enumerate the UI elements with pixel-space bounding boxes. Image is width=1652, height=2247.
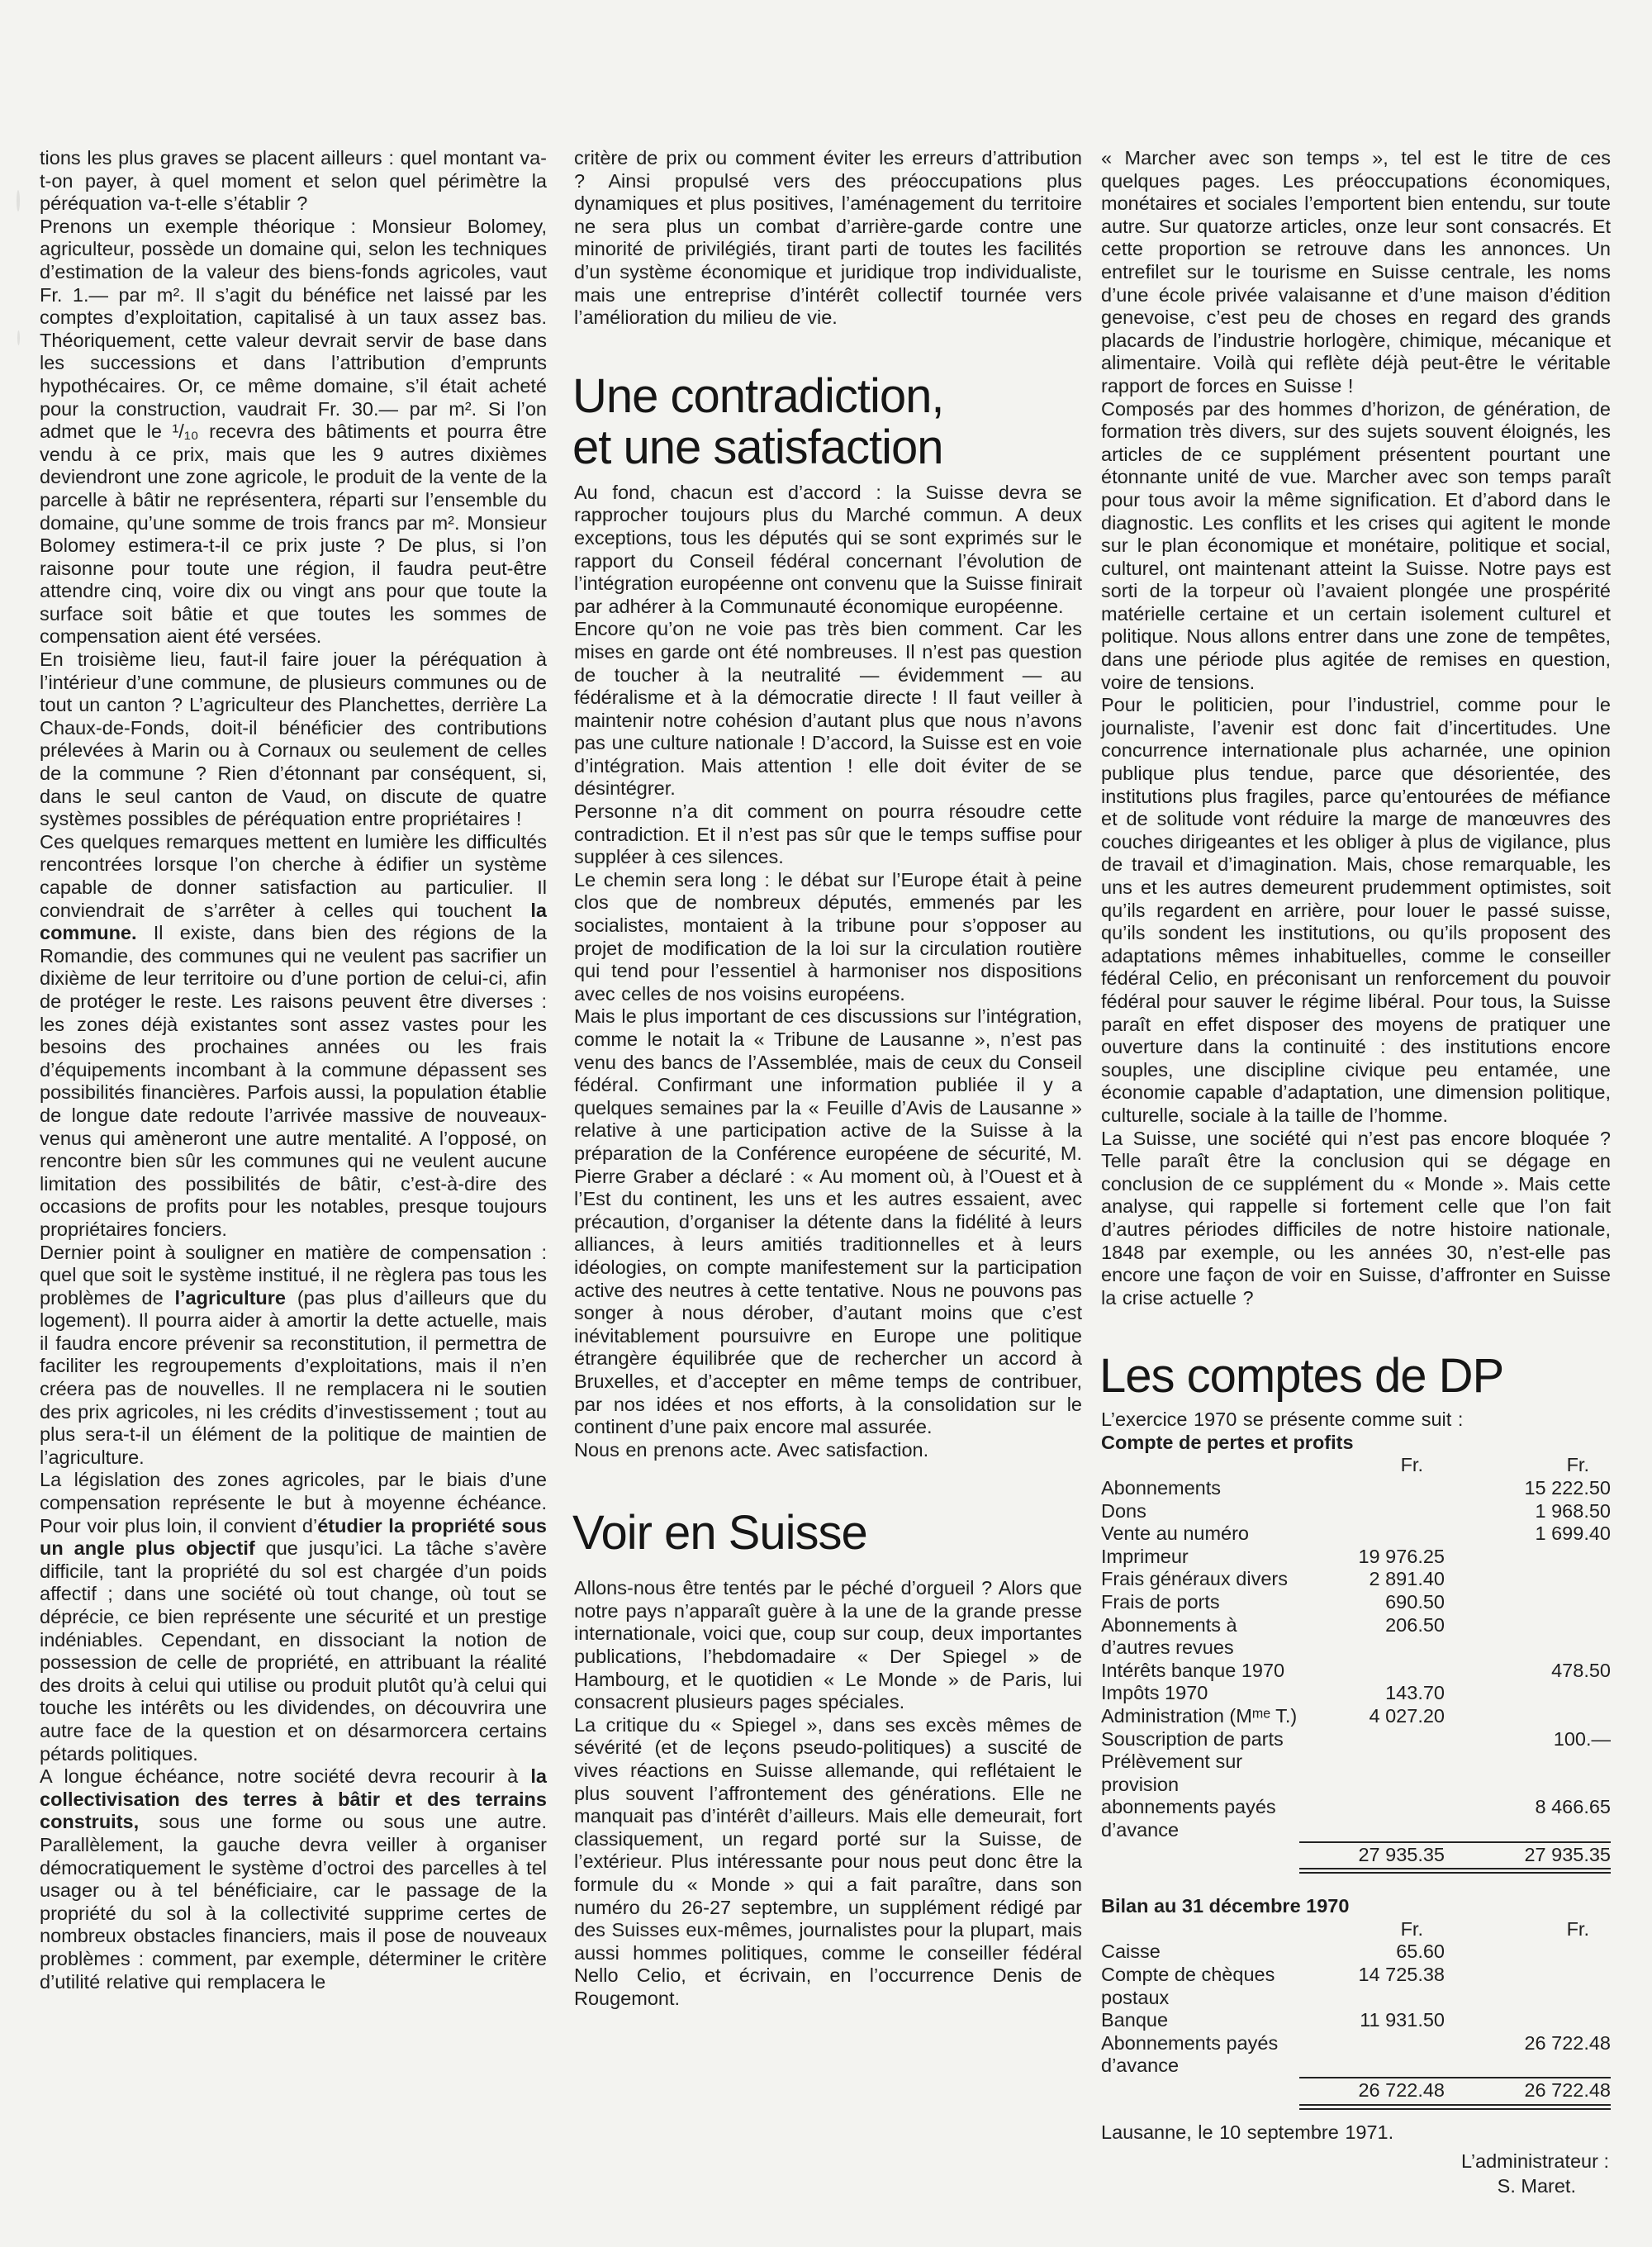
paragraph: Mais le plus important de ces discussion… — [574, 1005, 1082, 1438]
total-debit: 27 935.35 — [1299, 1842, 1445, 1871]
paragraph: Prenons un exemple théorique : Monsieur … — [40, 216, 547, 648]
paragraph: Encore qu’on ne voie pas très bien comme… — [574, 618, 1082, 800]
paragraph: Composés par des hommes d’horizon, de gé… — [1101, 398, 1611, 695]
col-header-fr-credit: Fr. — [1445, 1454, 1611, 1477]
row-label: Caisse — [1101, 1941, 1299, 1964]
row-label: abonnements payés d’avance — [1101, 1796, 1299, 1841]
amount-credit: 478.50 — [1445, 1660, 1611, 1683]
paragraph: Au fond, chacun est d’accord : la Suisse… — [574, 482, 1082, 619]
row-label: Impôts 1970 — [1101, 1682, 1299, 1705]
column-1: tions les plus graves se placent ailleur… — [40, 147, 547, 1993]
col-header-fr-debit: Fr. — [1299, 1454, 1445, 1477]
balance-sheet-table-title: Bilan au 31 décembre 1970 — [1101, 1895, 1611, 1918]
paragraph: Allons-nous être tentés par le péché d’o… — [574, 1577, 1082, 1714]
profit-loss-table: Compte de pertes et profitsFr.Fr.Abonnem… — [1101, 1432, 1611, 1874]
scan-smudge-artifact — [17, 190, 20, 211]
accounts-intro: L’exercice 1970 se présente comme suit : — [1101, 1409, 1611, 1432]
row-label: Vente au numéro — [1101, 1523, 1299, 1546]
column-3: « Marcher avec son temps », tel est le t… — [1101, 147, 1611, 2198]
row-label: Dons — [1101, 1500, 1299, 1523]
amount-debit: 65.60 — [1299, 1941, 1445, 1964]
profit-loss-table-title: Compte de pertes et profits — [1101, 1432, 1611, 1455]
balance-sheet-table: Bilan au 31 décembre 1970Fr.Fr.Caisse65.… — [1101, 1895, 1611, 2109]
total-credit: 26 722.48 — [1445, 2078, 1611, 2107]
date-line: Lausanne, le 10 septembre 1971. — [1101, 2121, 1611, 2145]
amount-debit: 14 725.38 — [1299, 1964, 1445, 2009]
amount-credit: 15 222.50 — [1445, 1477, 1611, 1500]
amount-credit: 1 968.50 — [1445, 1500, 1611, 1523]
paragraph: La législation des zones agricoles, par … — [40, 1469, 547, 1765]
newspaper-page: tions les plus graves se placent ailleur… — [0, 0, 1652, 2247]
paragraph: Personne n’a dit comment on pourra résou… — [574, 800, 1082, 869]
signature-name: S. Maret. — [1101, 2173, 1611, 2198]
amount-debit: 143.70 — [1299, 1682, 1445, 1705]
amount-credit: 100.— — [1445, 1728, 1611, 1751]
row-label: Banque — [1101, 2009, 1299, 2032]
section-title-une-contradiction: Une contradiction,et une satisfaction — [572, 371, 1082, 473]
paragraph: Ces quelques remarques mettent en lumièr… — [40, 831, 547, 1242]
row-label: Administration (Mᵐᵉ T.) — [1101, 1705, 1299, 1728]
row-label: Abonnements — [1101, 1477, 1299, 1500]
amount-credit: 26 722.48 — [1445, 2032, 1611, 2078]
paragraph: critère de prix ou comment éviter les er… — [574, 147, 1082, 330]
scan-smudge-artifact — [17, 330, 20, 345]
section-title-les-comptes-de-dp: Les comptes de DP — [1099, 1351, 1611, 1402]
row-label: Intérêts banque 1970 — [1101, 1660, 1299, 1683]
paragraph: En troisième lieu, faut-il faire jouer l… — [40, 648, 547, 831]
amount-debit: 690.50 — [1299, 1591, 1445, 1614]
section-title-voir-en-suisse: Voir en Suisse — [572, 1508, 1082, 1559]
paragraph: Le chemin sera long : le débat sur l’Eur… — [574, 869, 1082, 1006]
amount-debit: 4 027.20 — [1299, 1705, 1445, 1728]
row-label: Souscription de parts — [1101, 1728, 1299, 1751]
amount-credit: 1 699.40 — [1445, 1523, 1611, 1546]
amount-credit: 8 466.65 — [1445, 1796, 1611, 1841]
paragraph: Nous en prenons acte. Avec satisfaction. — [574, 1439, 1082, 1462]
paragraph: « Marcher avec son temps », tel est le t… — [1101, 147, 1611, 398]
amount-debit: 2 891.40 — [1299, 1568, 1445, 1591]
row-label: Compte de chèques postaux — [1101, 1964, 1299, 2009]
row-label: Abonnements payés d’avance — [1101, 2032, 1299, 2078]
paragraph: tions les plus graves se placent ailleur… — [40, 147, 547, 216]
row-label: Imprimeur — [1101, 1546, 1299, 1569]
total-debit: 26 722.48 — [1299, 2078, 1445, 2107]
paragraph: Pour le politicien, pour l’industriel, c… — [1101, 694, 1611, 1127]
signature-block: L’administrateur :S. Maret. — [1101, 2149, 1611, 2198]
amount-debit: 11 931.50 — [1299, 2009, 1445, 2032]
col-header-fr-credit: Fr. — [1445, 1918, 1611, 1941]
total-credit: 27 935.35 — [1445, 1842, 1611, 1871]
amount-debit: 206.50 — [1299, 1614, 1445, 1660]
row-label: Abonnements à d’autres revues — [1101, 1614, 1299, 1660]
amount-debit: 19 976.25 — [1299, 1546, 1445, 1569]
paragraph: A longue échéance, notre société devra r… — [40, 1765, 547, 1993]
col-header-fr-debit: Fr. — [1299, 1918, 1445, 1941]
paragraph: La Suisse, une société qui n’est pas enc… — [1101, 1128, 1611, 1310]
row-label: Prélèvement sur provision — [1101, 1751, 1299, 1796]
row-label: Frais généraux divers — [1101, 1568, 1299, 1591]
signature-role: L’administrateur : — [1101, 2149, 1611, 2173]
paragraph: La critique du « Spiegel », dans ses exc… — [574, 1714, 1082, 2011]
row-label: Frais de ports — [1101, 1591, 1299, 1614]
column-2: critère de prix ou comment éviter les er… — [574, 147, 1082, 2011]
paragraph: Dernier point à souligner en matière de … — [40, 1242, 547, 1470]
